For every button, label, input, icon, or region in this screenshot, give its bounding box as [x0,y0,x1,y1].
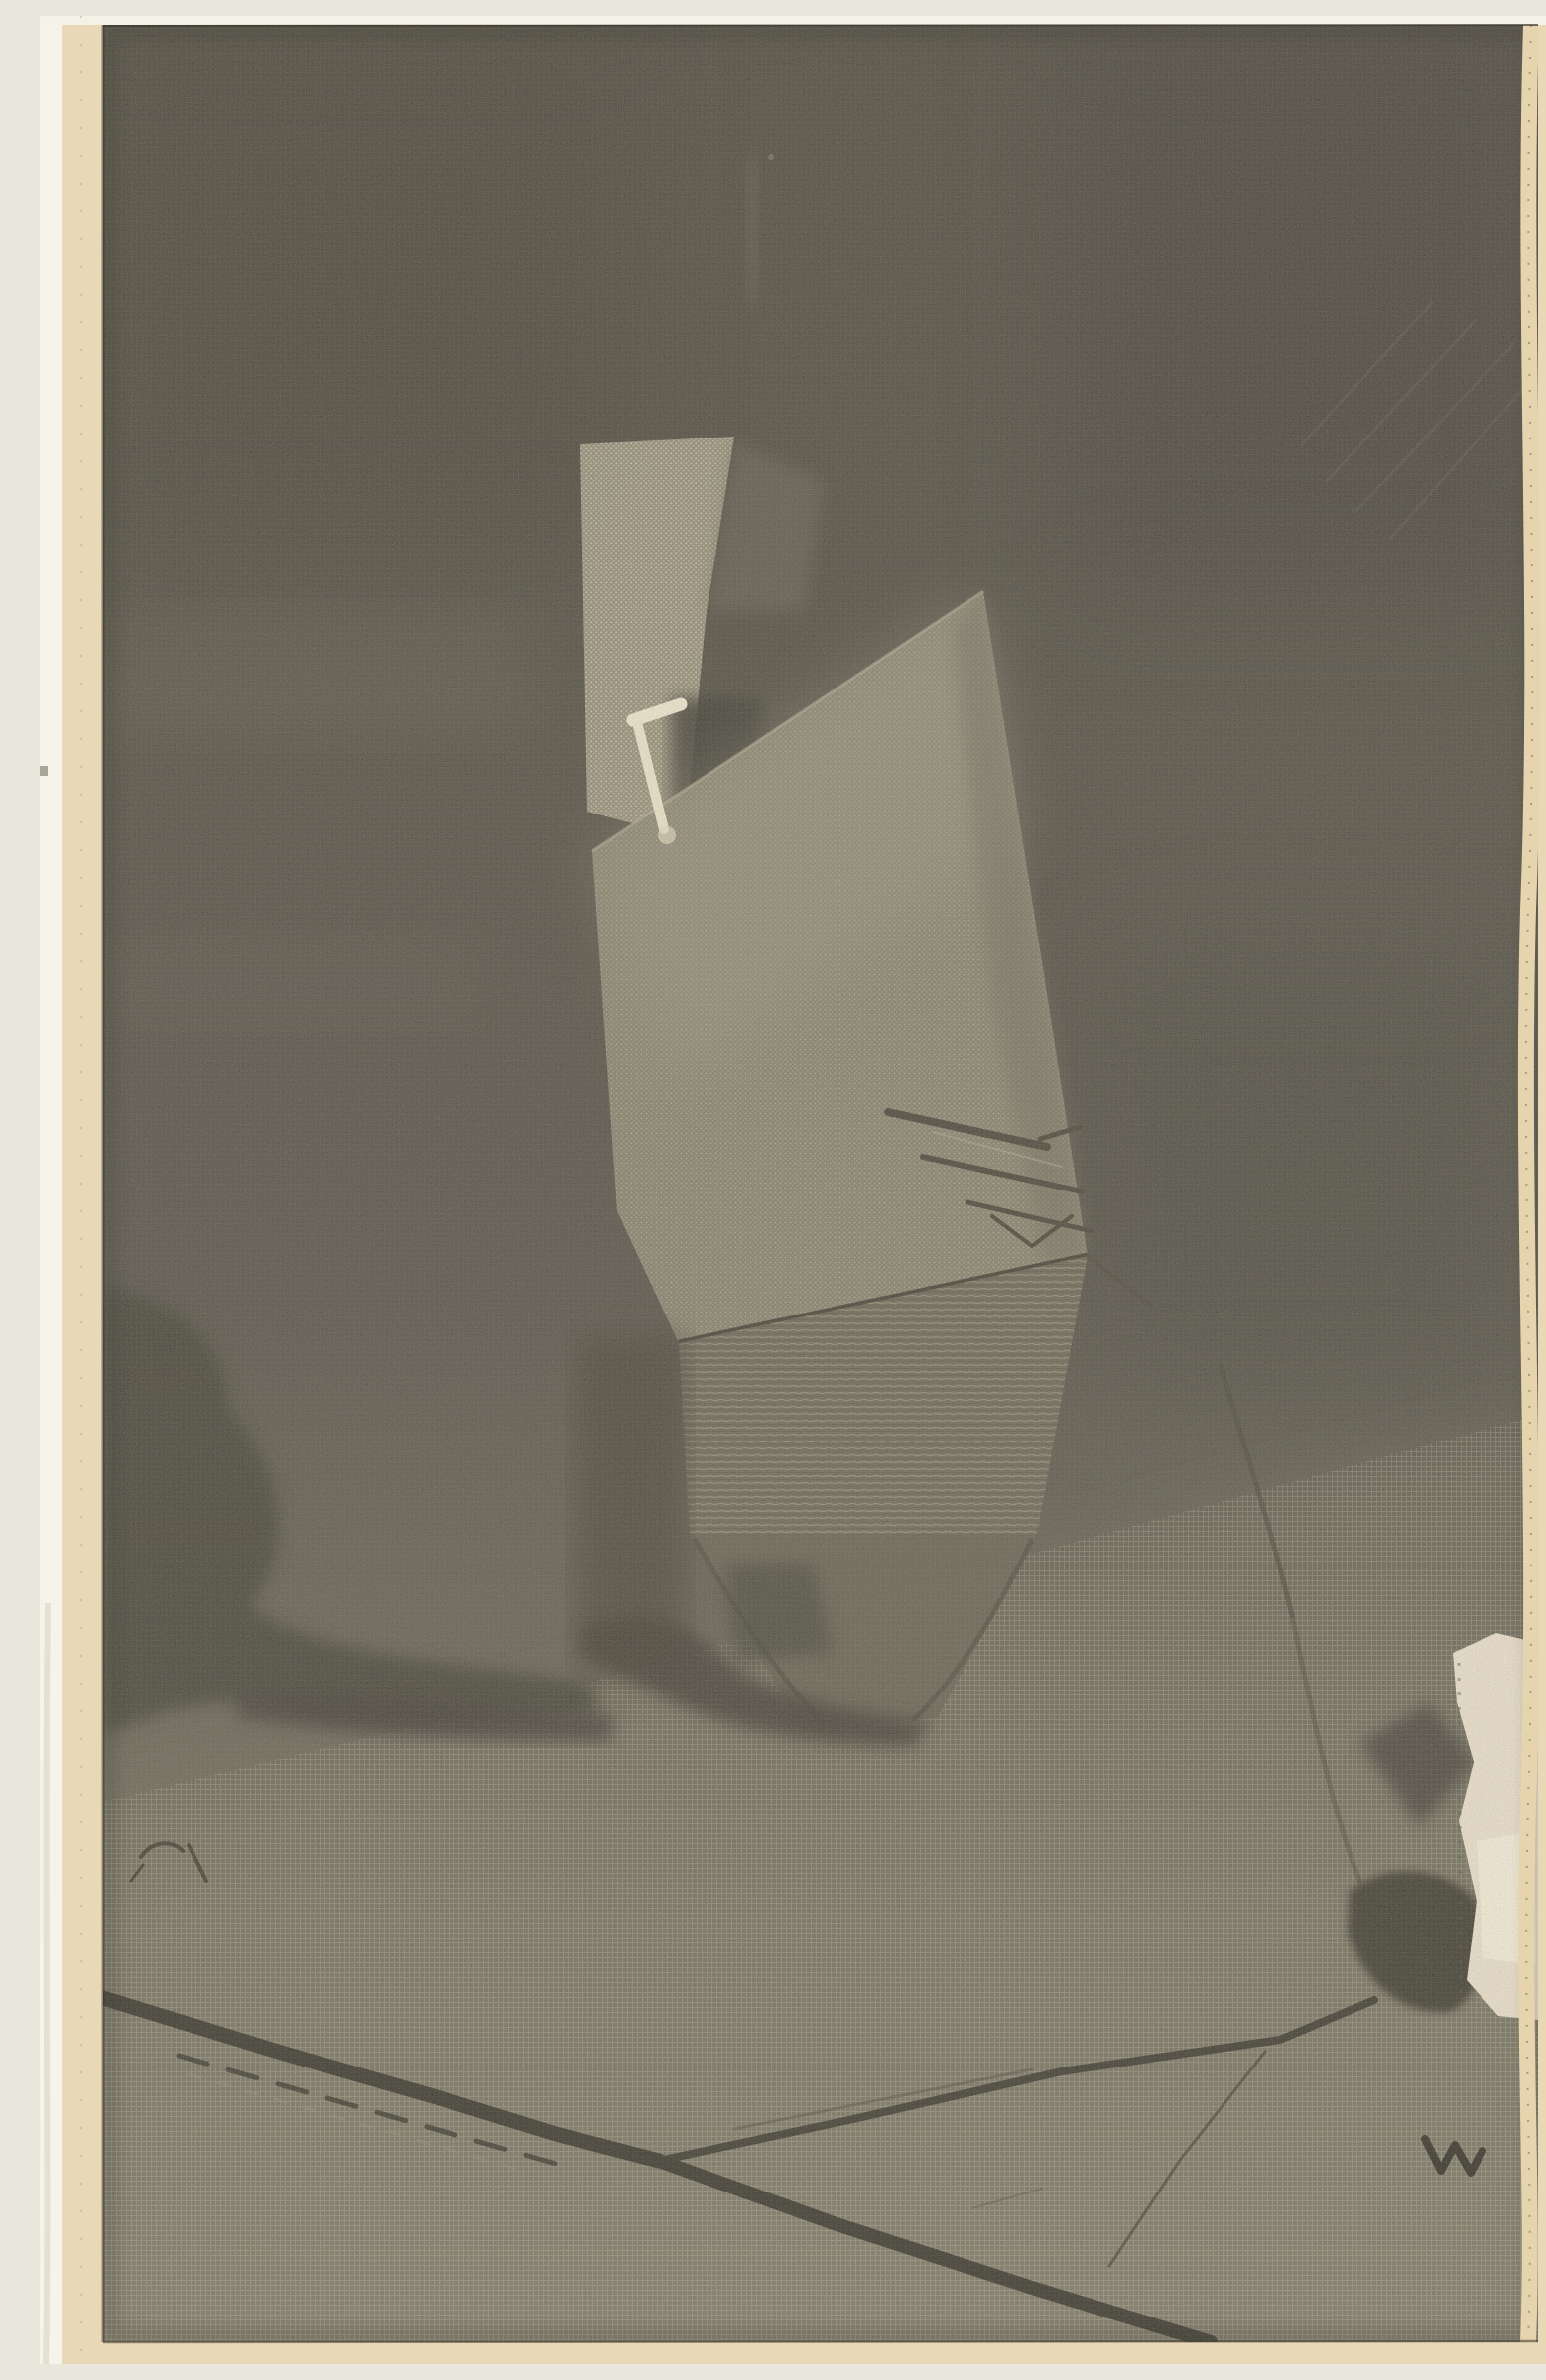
left-margin-shadow [46,1603,48,2364]
scanned-page [40,16,1546,2364]
left-margin-fleck [40,766,48,776]
photo-illustration [40,16,1546,2364]
page-left-white-margin [40,16,62,2364]
halftone-mesh-overlay [103,25,1538,2342]
top-scan-sliver [40,16,1546,25]
top-image-edge-line [103,25,1538,26]
photo-halftone-print [103,25,1544,2342]
bottom-image-edge-line [103,2341,1538,2342]
